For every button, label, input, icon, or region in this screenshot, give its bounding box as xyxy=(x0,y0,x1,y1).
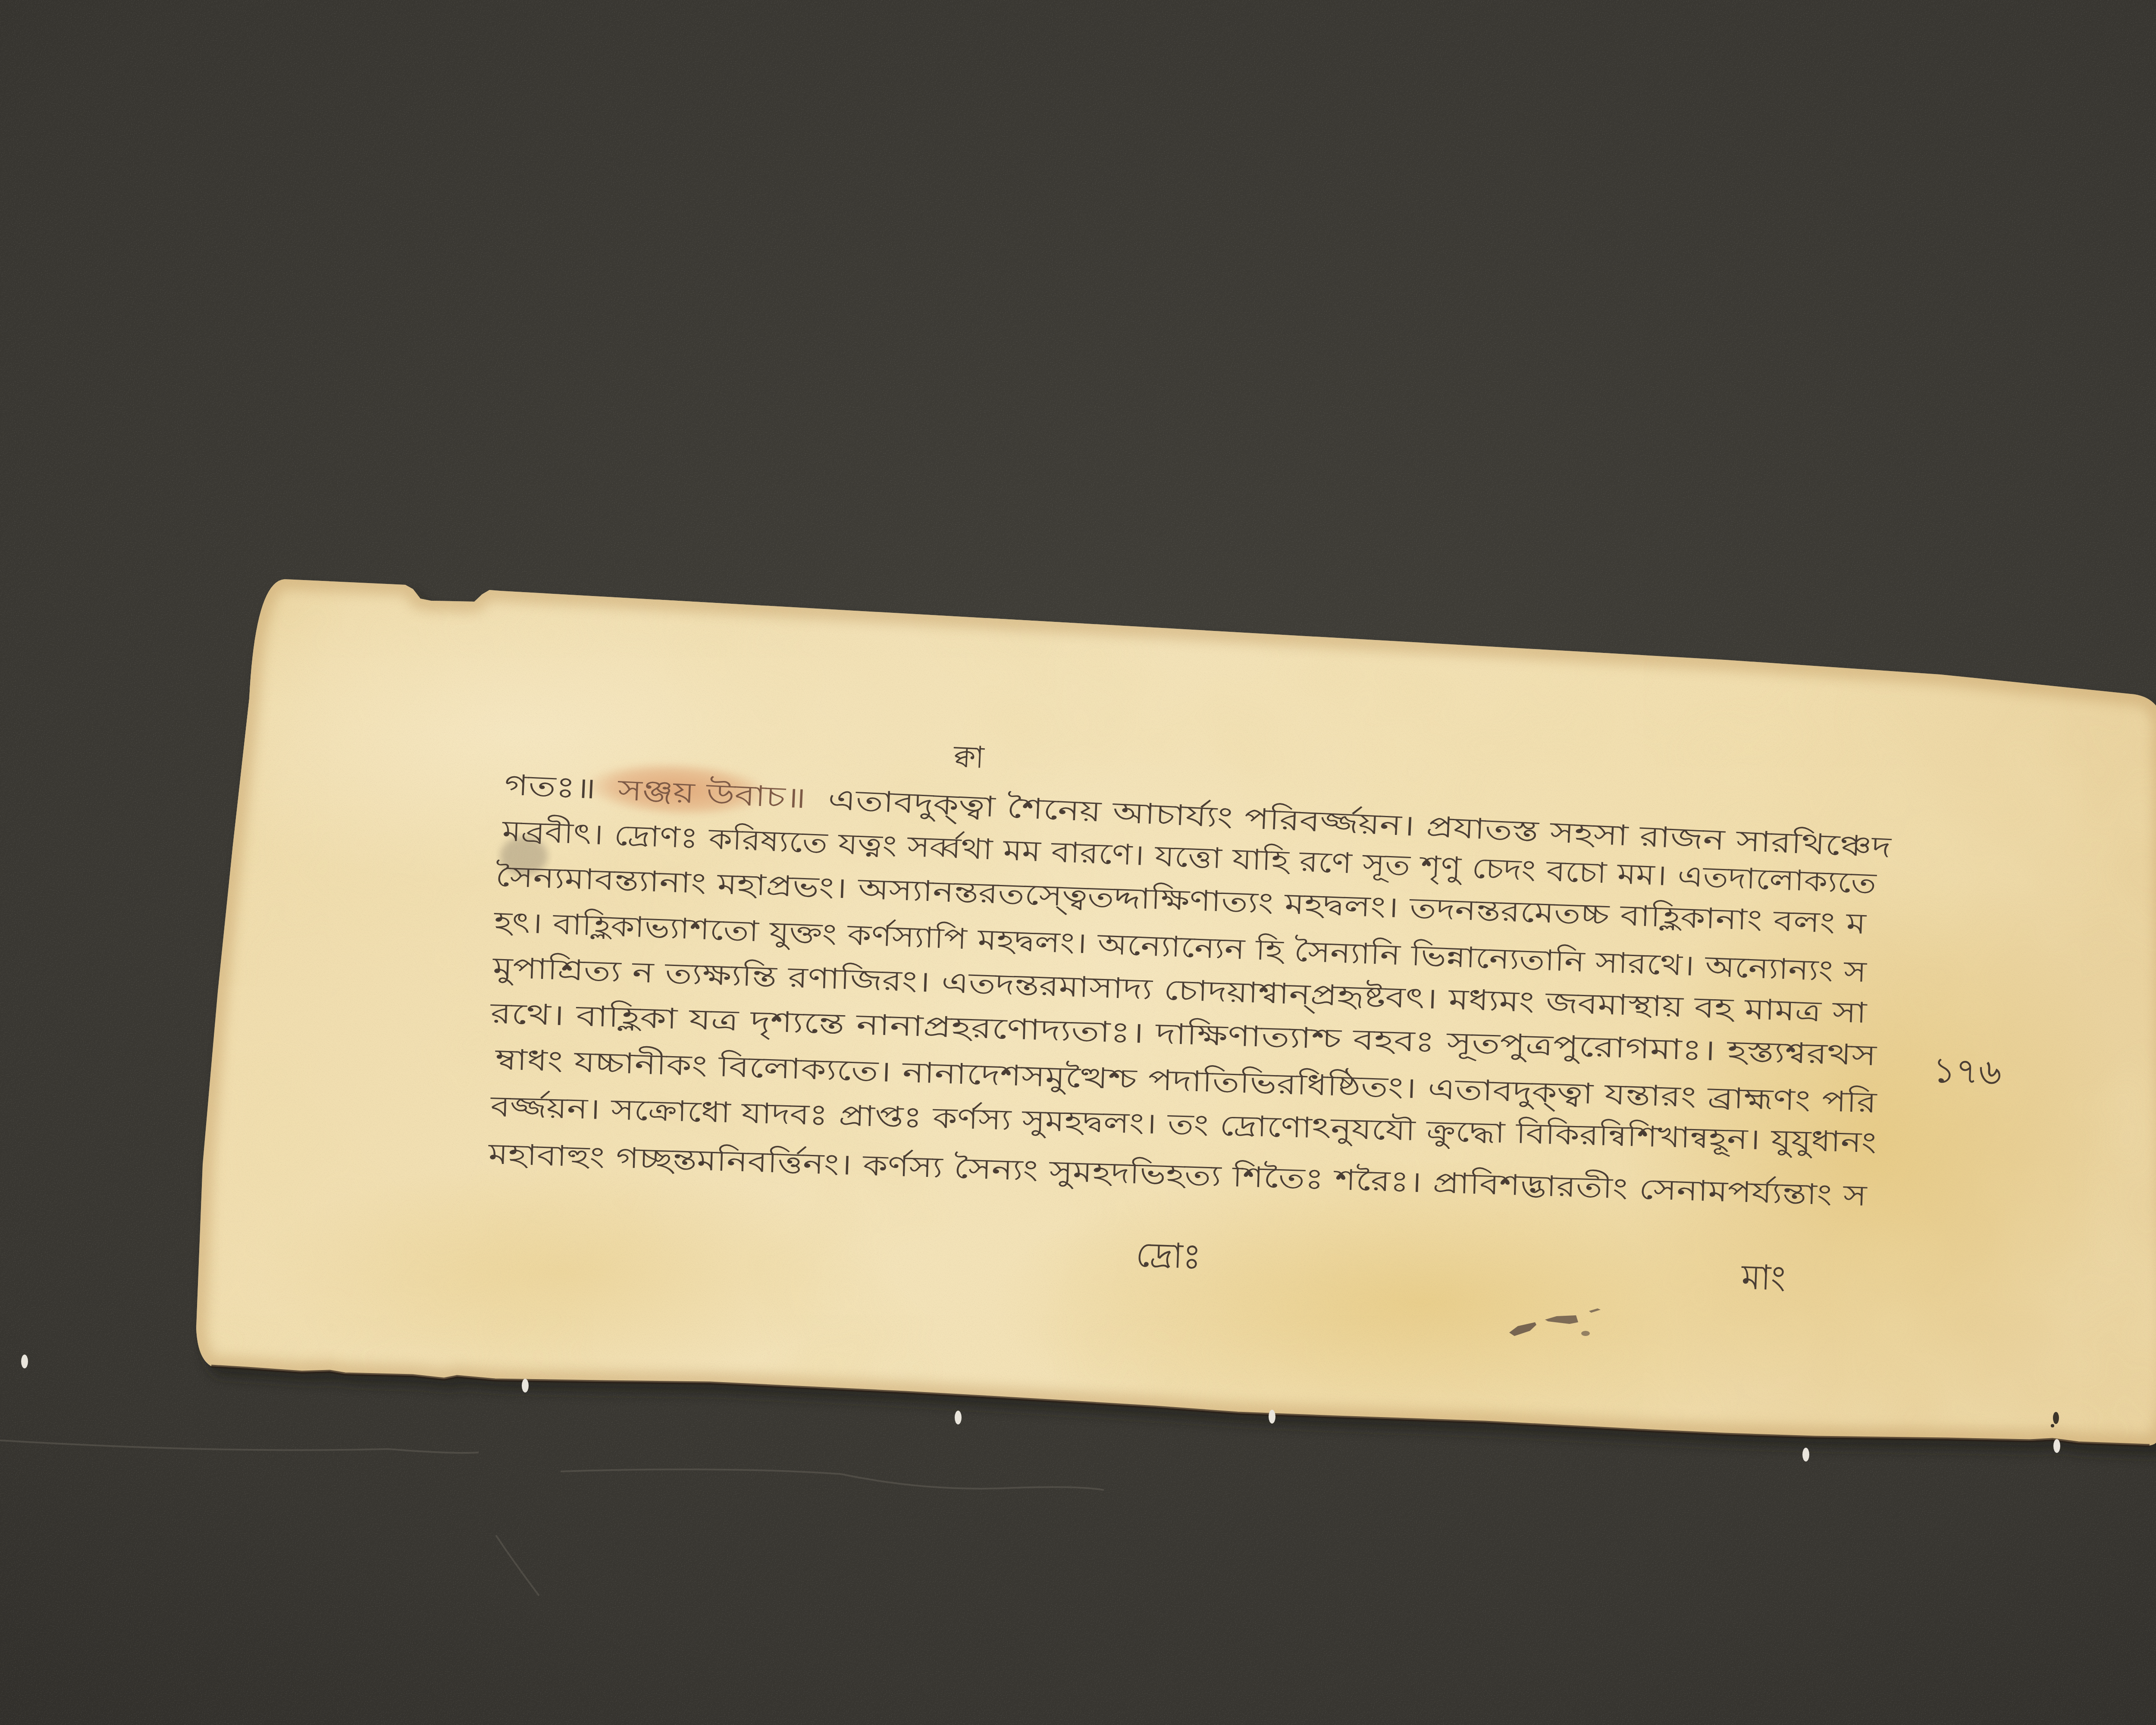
folio-number: ১৭৬ xyxy=(1932,1053,2002,1091)
manuscript-photo: গতঃ॥সঞ্জয় উবাচ॥এতাবদুক্ত্বা শৈনেয় আচার… xyxy=(0,0,2156,1725)
rubric-heading: সঞ্জয় উবাচ॥ xyxy=(617,773,806,815)
spacer xyxy=(595,799,617,800)
manuscript-text-block: গতঃ॥সঞ্জয় উবাচ॥এতাবদুক্ত্বা শৈনেয় আচার… xyxy=(0,0,2156,1725)
spacer xyxy=(805,808,827,809)
bottom-margin-note-left: দ্রোঃ xyxy=(1135,1237,1202,1274)
interlinear-insertion: ক্বা xyxy=(953,741,985,772)
line-prefix: গতঃ॥ xyxy=(504,768,596,806)
bottom-margin-note-right: মাং xyxy=(1741,1260,1786,1296)
